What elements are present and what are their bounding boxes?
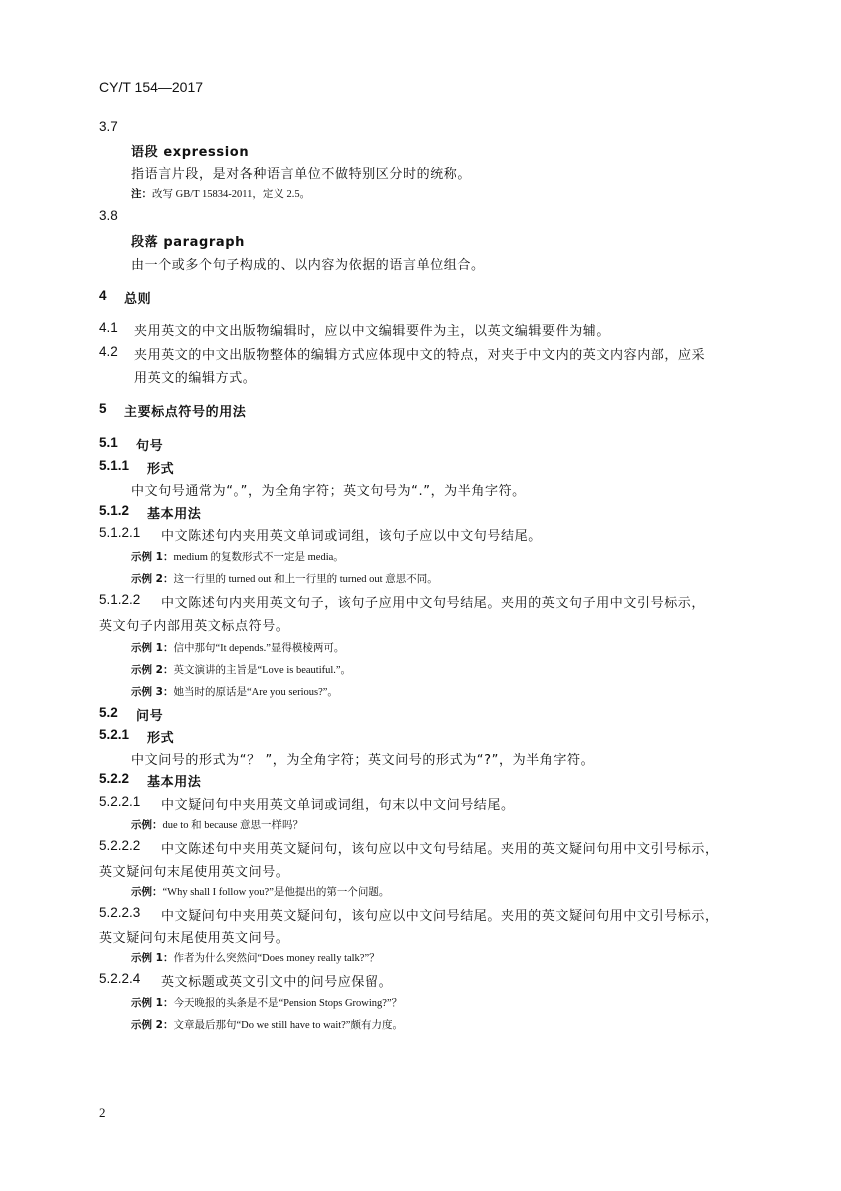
clause-text-5-2-2-1: 中文疑问句中夹用英文单词或词组，句末以中文问号结尾。 <box>161 794 515 813</box>
clause-text-5-2-2-4: 英文标题或英文引文中的问号应保留。 <box>161 971 392 990</box>
example-5-2-2-1: 示例：due to 和 because 意思一样吗？ <box>131 817 303 832</box>
clause-number-5-2-2-4: 5.2.2.4 <box>99 971 140 986</box>
clause-text-5-2-2-3-line1: 中文疑问句中夹用英文疑问句，该句应以中文问号结尾。夹用的英文疑问句用中文引号标示… <box>161 905 719 924</box>
clause-text-4-1: 夹用英文的中文出版物编辑时，应以中文编辑要件为主，以英文编辑要件为辅。 <box>134 320 610 339</box>
example-text: 作者为什么突然问“Does money really talk?”？ <box>173 953 379 964</box>
example-label: 示例 2： <box>131 573 173 585</box>
clause-text-5-1-2-1: 中文陈述句内夹用英文单词或词组，该句子应以中文句号结尾。 <box>161 525 542 544</box>
example-text: 这一行里的 turned out 和上一行里的 turned out 意思不同。 <box>173 574 437 585</box>
example-5-1-2-2-2: 示例 2：英文演讲的主旨是“Love is beautiful.”。 <box>131 662 351 677</box>
clause-number-5-1-1: 5.1.1 <box>99 458 129 473</box>
clause-text-5-2-2-3-line2: 英文疑问句末尾使用英文问号。 <box>99 927 289 946</box>
clause-number-5-2: 5.2 <box>99 705 118 720</box>
definition-paragraph: 由一个或多个句子构成的、以内容为依据的语言单位组合。 <box>131 254 485 273</box>
example-text: 文章最后那句“Do we still have to wait?”颇有力度。 <box>173 1020 403 1031</box>
clause-text-5-1-2-2-line1: 中文陈述句内夹用英文句子，该句子应用中文句号结尾。夹用的英文句子用中文引号标示， <box>161 592 705 611</box>
example-5-1-2-1-1: 示例 1：medium 的复数形式不一定是 media。 <box>131 549 344 564</box>
note-label: 注： <box>131 188 152 200</box>
example-5-1-2-2-3: 示例 3：她当时的原话是“Are you serious?”。 <box>131 684 338 699</box>
note-text: 改写 GB/T 15834-2011，定义 2.5。 <box>152 189 310 200</box>
example-label: 示例： <box>131 819 163 831</box>
clause-text-4-2-line2: 用英文的编辑方式。 <box>134 367 256 386</box>
term-paragraph: 段落 paragraph <box>131 231 245 250</box>
clause-title-5-1-1: 形式 <box>147 458 174 477</box>
example-label: 示例 3： <box>131 686 173 698</box>
clause-title-5-1: 句号 <box>136 435 163 454</box>
clause-title-5-2: 问号 <box>136 705 163 724</box>
definition-expression: 指语言片段，是对各种语言单位不做特别区分时的统称。 <box>131 163 471 182</box>
example-text: 英文演讲的主旨是“Love is beautiful.”。 <box>173 665 351 676</box>
example-label: 示例 2： <box>131 1019 173 1031</box>
clause-number-5-1-2-2: 5.1.2.2 <box>99 592 140 607</box>
example-5-1-2-1-2: 示例 2：这一行里的 turned out 和上一行里的 turned out … <box>131 571 438 586</box>
example-5-2-2-3-1: 示例 1：作者为什么突然问“Does money really talk?”？ <box>131 950 380 965</box>
example-5-2-2-2: 示例：“Why shall I follow you?”是他提出的第一个问题。 <box>131 884 389 899</box>
clause-text-5-2-2-2-line2: 英文疑问句末尾使用英文问号。 <box>99 861 289 880</box>
example-5-2-2-4-1: 示例 1：今天晚报的头条是不是“Pension Stops Growing?”？ <box>131 995 402 1010</box>
clause-title-5-1-2: 基本用法 <box>147 503 201 522</box>
clause-text-5-2-1: 中文问号的形式为“？ ”，为全角字符；英文问号的形式为“?”，为半角字符。 <box>131 749 594 768</box>
clause-number-5-1-2-1: 5.1.2.1 <box>99 525 140 540</box>
note-3-7: 注：改写 GB/T 15834-2011，定义 2.5。 <box>131 186 310 201</box>
clause-text-5-2-2-2-line1: 中文陈述句中夹用英文疑问句，该句应以中文句号结尾。夹用的英文疑问句用中文引号标示… <box>161 838 719 857</box>
clause-title-5-2-1: 形式 <box>147 727 174 746</box>
example-label: 示例 1： <box>131 551 173 563</box>
clause-number-5-1-2: 5.1.2 <box>99 503 129 518</box>
example-text: medium 的复数形式不一定是 media。 <box>173 552 343 563</box>
clause-text-4-2-line1: 夹用英文的中文出版物整体的编辑方式应体现中文的特点，对夹于中文内的英文内容内部，… <box>134 344 705 363</box>
example-label: 示例 1： <box>131 642 173 654</box>
example-text: 她当时的原话是“Are you serious?”。 <box>173 687 337 698</box>
clause-number-5-2-2-1: 5.2.2.1 <box>99 794 140 809</box>
example-5-1-2-2-1: 示例 1：信中那句“It depends.”显得模棱两可。 <box>131 640 344 655</box>
clause-number-5-2-2: 5.2.2 <box>99 771 129 786</box>
clause-number-5-1: 5.1 <box>99 435 118 450</box>
clause-number-5-2-2-2: 5.2.2.2 <box>99 838 140 853</box>
page-number: 2 <box>99 1105 106 1121</box>
example-text: “Why shall I follow you?”是他提出的第一个问题。 <box>163 887 390 898</box>
example-text: 信中那句“It depends.”显得模棱两可。 <box>173 643 344 654</box>
standard-code-header: CY/T 154—2017 <box>99 79 203 95</box>
clause-number-5-2-2-3: 5.2.2.3 <box>99 905 140 920</box>
term-expression: 语段 expression <box>131 141 249 160</box>
clause-number-4-2: 4.2 <box>99 344 118 359</box>
clause-number-3-8: 3.8 <box>99 208 118 223</box>
section-number-4: 4 <box>99 288 107 303</box>
clause-number-3-7: 3.7 <box>99 119 118 134</box>
clause-number-5-2-1: 5.2.1 <box>99 727 129 742</box>
example-5-2-2-4-2: 示例 2：文章最后那句“Do we still have to wait?”颇有… <box>131 1017 403 1032</box>
clause-number-4-1: 4.1 <box>99 320 118 335</box>
section-title-4: 总则 <box>124 288 151 307</box>
example-label: 示例： <box>131 886 163 898</box>
section-title-5: 主要标点符号的用法 <box>124 401 246 420</box>
example-text: due to 和 because 意思一样吗？ <box>163 820 304 831</box>
example-label: 示例 1： <box>131 997 173 1009</box>
section-number-5: 5 <box>99 401 107 416</box>
example-label: 示例 2： <box>131 664 173 676</box>
clause-text-5-1-1: 中文句号通常为“。”，为全角字符；英文句号为“.”，为半角字符。 <box>131 480 526 499</box>
clause-text-5-1-2-2-line2: 英文句子内部用英文标点符号。 <box>99 615 289 634</box>
clause-title-5-2-2: 基本用法 <box>147 771 201 790</box>
example-text: 今天晚报的头条是不是“Pension Stops Growing?”？ <box>173 998 402 1009</box>
example-label: 示例 1： <box>131 952 173 964</box>
